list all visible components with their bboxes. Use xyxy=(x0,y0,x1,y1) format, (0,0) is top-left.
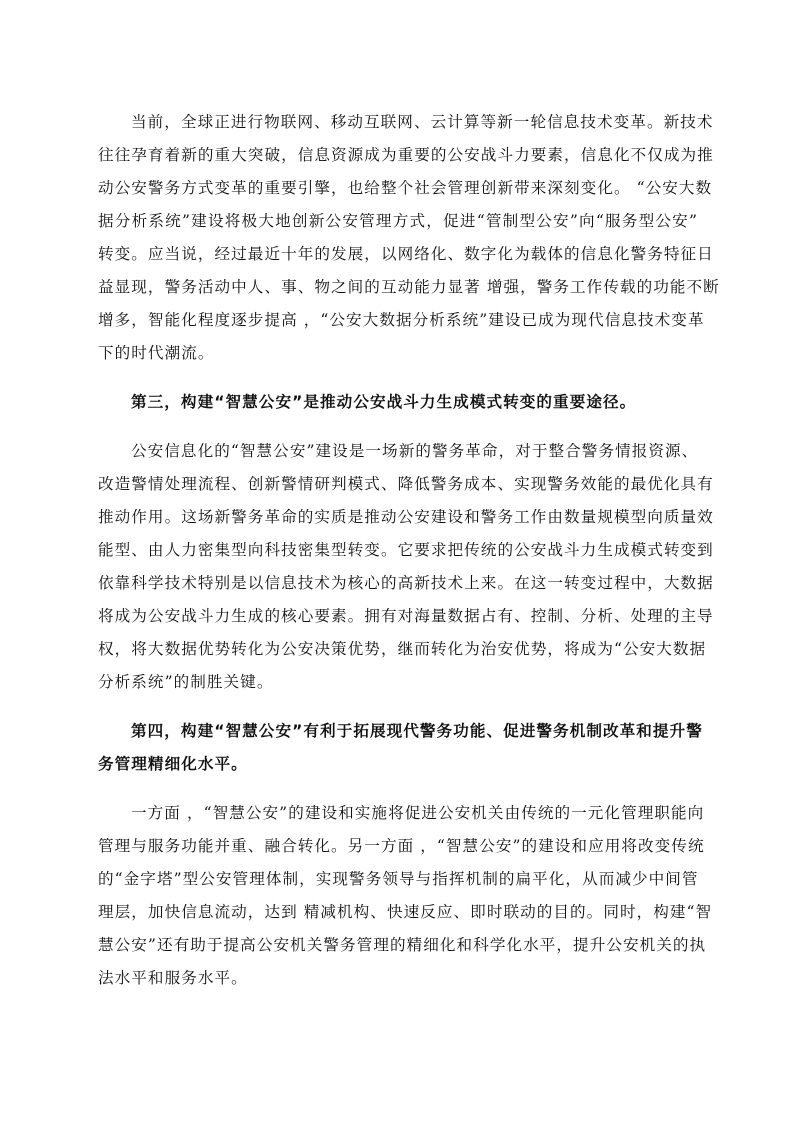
text-line: 动公安警务方式变革的重要引擎，也给整个社会管理创新带来深刻变化。 “公安大数 xyxy=(98,172,698,205)
heading-line: 务管理精细化水平。 xyxy=(98,748,698,781)
text-line: 的“金字塔”型公安管理体制，实现警务领导与指挥机制的扁平化，从而减少中间管 xyxy=(98,863,698,896)
text-line: 推动作用。这场新警务革命的实质是推动公安建设和警务工作由数量规模型向质量效 xyxy=(98,501,698,534)
document-page: 当前，全球正进行物联网、移动互联网、云计算等新一轮信息技术变革。新技术 往往孕育… xyxy=(98,106,698,995)
text-line: 往往孕育着新的重大突破，信息资源成为重要的公安战斗力要素，信息化不仅成为推 xyxy=(98,139,698,172)
text-line: 转变。应当说，经过最近十年的发展，以网络化、数字化为载体的信息化警务特征日 xyxy=(98,238,698,271)
text-line: 法水平和服务水平。 xyxy=(98,962,698,995)
paragraph-intro: 当前，全球正进行物联网、移动互联网、云计算等新一轮信息技术变革。新技术 往往孕育… xyxy=(98,106,698,370)
text-line: 分析系统”的制胜关键。 xyxy=(98,666,698,699)
text-line: 权，将大数据优势转化为公安决策优势，继而转化为治安优势，将成为“公安大数据 xyxy=(98,633,698,666)
text-line: 将成为公安战斗力生成的核心要素。拥有对海量数据占有、控制、分析、处理的主导 xyxy=(98,600,698,633)
text-line: 依靠科学技术特别是以信息技术为核心的高新技术上来。在这一转变过程中，大数据 xyxy=(98,567,698,600)
paragraph-fourth: 一方面 ，“智慧公安”的建设和实施将促进公安机关由传统的一元化管理职能向 管理与… xyxy=(98,797,698,995)
text-line: 益显现，警务活动中人、事、物之间的互动能力显著 增强，警务工作传载的功能不断 xyxy=(98,271,698,304)
text-line: 改造警情处理流程、创新警情研判模式、降低警务成本、实现警务效能的最优化具有 xyxy=(98,468,698,501)
text-line: 当前，全球正进行物联网、移动互联网、云计算等新一轮信息技术变革。新技术 xyxy=(98,106,698,139)
text-line: 据分析系统”建设将极大地创新公安管理方式，促进“管制型公安”向“服务型公安” xyxy=(98,205,698,238)
text-line: 慧公安”还有助于提高公安机关警务管理的精细化和科学化水平，提升公安机关的执 xyxy=(98,929,698,962)
heading-line: 第三，构建“智慧公安”是推动公安战斗力生成模式转变的重要途径。 xyxy=(98,386,698,419)
heading-line: 第四，构建“智慧公安”有利于拓展现代警务功能、促进警务机制改革和提升警 xyxy=(98,715,698,748)
text-line: 下的时代潮流。 xyxy=(98,337,698,370)
text-line: 管理与服务功能并重、融合转化。另一方面 ，“智慧公安”的建设和应用将改变传统 xyxy=(98,830,698,863)
text-line: 一方面 ，“智慧公安”的建设和实施将促进公安机关由传统的一元化管理职能向 xyxy=(98,797,698,830)
text-line: 公安信息化的“智慧公安”建设是一场新的警务革命，对于整合警务情报资源、 xyxy=(98,435,698,468)
text-line: 增多，智能化程度逐步提高 ，“公安大数据分析系统”建设已成为现代信息技术变革 xyxy=(98,304,698,337)
text-line: 理层，加快信息流动，达到 精减机构、快速反应、即时联动的目的。同时，构建“智 xyxy=(98,896,698,929)
paragraph-third: 公安信息化的“智慧公安”建设是一场新的警务革命，对于整合警务情报资源、 改造警情… xyxy=(98,435,698,699)
section-heading-fourth: 第四，构建“智慧公安”有利于拓展现代警务功能、促进警务机制改革和提升警 务管理精… xyxy=(98,715,698,781)
text-line: 能型、由人力密集型向科技密集型转变。它要求把传统的公安战斗力生成模式转变到 xyxy=(98,534,698,567)
section-heading-third: 第三，构建“智慧公安”是推动公安战斗力生成模式转变的重要途径。 xyxy=(98,386,698,419)
